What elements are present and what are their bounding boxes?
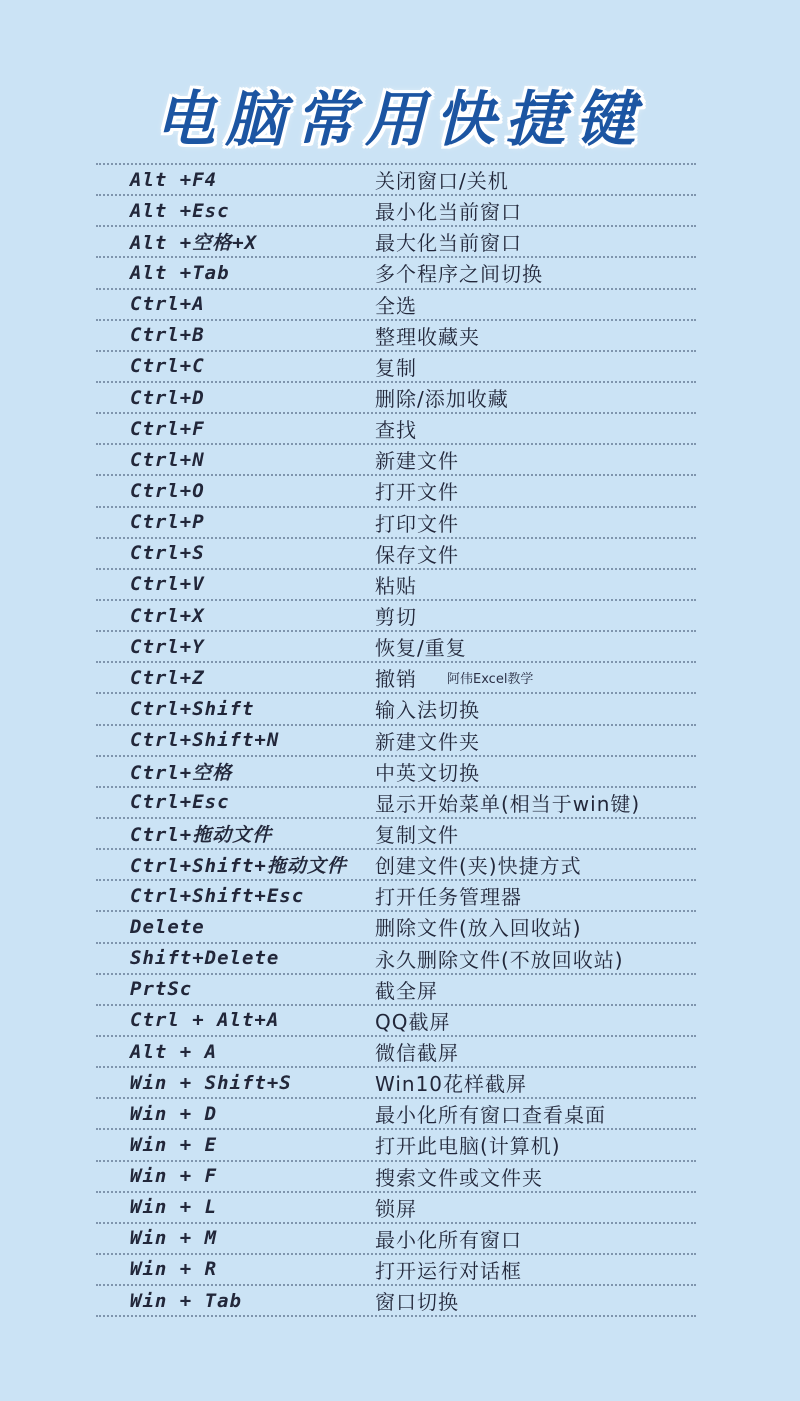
shortcut-description: 永久删除文件(不放回收站): [375, 944, 624, 973]
shortcut-keys: Ctrl+C: [130, 355, 375, 377]
shortcut-description: 查找: [375, 414, 417, 443]
shortcut-description: 中英文切换: [375, 757, 480, 786]
shortcut-keys: Ctrl+Shift+N: [130, 729, 375, 751]
shortcut-row: Ctrl+B 整理收藏夹: [96, 321, 696, 352]
shortcut-row: Ctrl+拖动文件 复制文件: [96, 819, 696, 850]
shortcut-description: 创建文件(夹)快捷方式: [375, 850, 582, 879]
shortcut-keys: Alt +F4: [130, 169, 375, 191]
shortcut-row: Win + D 最小化所有窗口查看桌面: [96, 1099, 696, 1130]
shortcut-description: 恢复/重复: [375, 632, 467, 661]
shortcut-description: 关闭窗口/关机: [375, 165, 509, 194]
shortcut-description: 保存文件: [375, 539, 459, 568]
shortcut-row: Ctrl+Shift+拖动文件 创建文件(夹)快捷方式: [96, 850, 696, 881]
shortcut-description: 打开运行对话框: [375, 1255, 522, 1284]
shortcut-keys: Ctrl+Shift+Esc: [130, 885, 375, 907]
shortcut-description: 复制: [375, 352, 417, 381]
shortcut-row: Ctrl+X 剪切: [96, 601, 696, 632]
shortcut-keys: Ctrl+B: [130, 324, 375, 346]
shortcut-row: Alt +Esc 最小化当前窗口: [96, 196, 696, 227]
shortcut-description: 撤销: [375, 663, 417, 692]
shortcut-row: Shift+Delete 永久删除文件(不放回收站): [96, 944, 696, 975]
shortcut-description: 多个程序之间切换: [375, 258, 543, 287]
shortcut-description: 打开任务管理器: [375, 881, 522, 910]
shortcut-keys: Win + Shift+S: [130, 1072, 375, 1094]
shortcut-keys: Ctrl+D: [130, 387, 375, 409]
shortcut-row: Ctrl+Esc 显示开始菜单(相当于win键): [96, 788, 696, 819]
shortcut-keys: Ctrl+A: [130, 293, 375, 315]
shortcut-keys: Win + D: [130, 1103, 375, 1125]
shortcut-description: 截全屏: [375, 975, 438, 1004]
shortcut-description: 搜索文件或文件夹: [375, 1162, 543, 1191]
shortcut-description: 粘贴: [375, 570, 417, 599]
shortcut-row: Win + E 打开此电脑(计算机): [96, 1130, 696, 1161]
shortcut-keys: Ctrl+Shift: [130, 698, 375, 720]
shortcut-keys: Alt +Tab: [130, 262, 375, 284]
shortcut-description: 剪切: [375, 601, 417, 630]
shortcut-row: Ctrl+空格 中英文切换: [96, 757, 696, 788]
shortcut-description: 输入法切换: [375, 694, 480, 723]
shortcut-keys: PrtSc: [130, 978, 375, 1000]
shortcut-keys: Alt +Esc: [130, 200, 375, 222]
shortcut-description: 全选: [375, 290, 417, 319]
shortcut-row: Ctrl+Shift+Esc 打开任务管理器: [96, 881, 696, 912]
watermark-text: 阿伟Excel教学: [447, 668, 533, 687]
shortcut-row: Alt +F4 关闭窗口/关机: [96, 165, 696, 196]
shortcut-row: Ctrl+O 打开文件: [96, 476, 696, 507]
shortcut-keys: Shift+Delete: [130, 947, 375, 969]
shortcut-row: Win + M 最小化所有窗口: [96, 1224, 696, 1255]
shortcut-description: 新建文件夹: [375, 726, 480, 755]
shortcut-keys: Ctrl+V: [130, 573, 375, 595]
shortcut-keys: Delete: [130, 916, 375, 938]
shortcut-description: 最小化所有窗口: [375, 1224, 522, 1253]
shortcut-description: 打开文件: [375, 476, 459, 505]
shortcut-description: QQ截屏: [375, 1006, 450, 1035]
shortcut-keys: Ctrl+N: [130, 449, 375, 471]
shortcut-keys: Win + M: [130, 1227, 375, 1249]
page-title: 电脑常用快捷键: [0, 72, 800, 158]
shortcut-description: 窗口切换: [375, 1286, 459, 1315]
shortcut-keys: Alt +空格+X: [130, 228, 375, 255]
shortcut-keys: Win + Tab: [130, 1290, 375, 1312]
shortcut-description: Win10花样截屏: [375, 1068, 527, 1097]
shortcut-description: 最小化当前窗口: [375, 196, 522, 225]
shortcut-description: 最小化所有窗口查看桌面: [375, 1099, 606, 1128]
shortcut-keys: Ctrl+P: [130, 511, 375, 533]
shortcut-row: Ctrl + Alt+A QQ截屏: [96, 1006, 696, 1037]
shortcut-description: 打开此电脑(计算机): [375, 1130, 561, 1159]
shortcut-keys: Win + F: [130, 1165, 375, 1187]
shortcut-row: Ctrl+S 保存文件: [96, 539, 696, 570]
shortcut-row: Ctrl+Z 撤销 阿伟Excel教学: [96, 663, 696, 694]
shortcut-row: Ctrl+D 删除/添加收藏: [96, 383, 696, 414]
shortcut-description: 复制文件: [375, 819, 459, 848]
shortcut-row: Ctrl+Y 恢复/重复: [96, 632, 696, 663]
shortcut-keys: Win + R: [130, 1258, 375, 1280]
shortcut-keys: Ctrl+S: [130, 542, 375, 564]
shortcut-row: Ctrl+N 新建文件: [96, 445, 696, 476]
shortcut-row: Win + Tab 窗口切换: [96, 1286, 696, 1317]
shortcut-row: Alt + A 微信截屏: [96, 1037, 696, 1068]
shortcut-description: 删除文件(放入回收站): [375, 912, 582, 941]
shortcut-row: Win + Shift+S Win10花样截屏: [96, 1068, 696, 1099]
shortcut-description: 显示开始菜单(相当于win键): [375, 788, 640, 817]
shortcut-keys: Alt + A: [130, 1041, 375, 1063]
shortcut-keys: Ctrl+Z: [130, 667, 375, 689]
shortcut-row: Ctrl+C 复制: [96, 352, 696, 383]
shortcut-row: Ctrl+V 粘贴: [96, 570, 696, 601]
shortcut-row: PrtSc 截全屏: [96, 975, 696, 1006]
shortcut-keys: Ctrl+X: [130, 605, 375, 627]
shortcut-description: 最大化当前窗口: [375, 227, 522, 256]
shortcut-description: 整理收藏夹: [375, 321, 480, 350]
shortcut-row: Win + L 锁屏: [96, 1193, 696, 1224]
shortcut-keys: Ctrl+空格: [130, 758, 375, 785]
shortcut-description: 删除/添加收藏: [375, 383, 509, 412]
shortcut-row: Alt +空格+X 最大化当前窗口: [96, 227, 696, 258]
shortcut-keys: Ctrl+F: [130, 418, 375, 440]
shortcut-poster: 电脑常用快捷键 Alt +F4 关闭窗口/关机 Alt +Esc 最小化当前窗口…: [0, 0, 800, 1401]
shortcut-row: Ctrl+F 查找: [96, 414, 696, 445]
shortcut-row: Ctrl+P 打印文件: [96, 508, 696, 539]
shortcut-row: Win + F 搜索文件或文件夹: [96, 1162, 696, 1193]
shortcut-keys: Win + E: [130, 1134, 375, 1156]
shortcut-row: Ctrl+Shift 输入法切换: [96, 694, 696, 725]
shortcut-row: Alt +Tab 多个程序之间切换: [96, 258, 696, 289]
shortcut-keys: Ctrl + Alt+A: [130, 1009, 375, 1031]
shortcut-list: Alt +F4 关闭窗口/关机 Alt +Esc 最小化当前窗口 Alt +空格…: [96, 163, 696, 1317]
shortcut-description: 微信截屏: [375, 1037, 459, 1066]
shortcut-keys: Win + L: [130, 1196, 375, 1218]
shortcut-row: Ctrl+Shift+N 新建文件夹: [96, 726, 696, 757]
shortcut-row: Ctrl+A 全选: [96, 290, 696, 321]
shortcut-row: Delete 删除文件(放入回收站): [96, 912, 696, 943]
shortcut-description: 新建文件: [375, 445, 459, 474]
shortcut-keys: Ctrl+Shift+拖动文件: [130, 851, 375, 878]
shortcut-keys: Ctrl+拖动文件: [130, 820, 375, 847]
shortcut-description: 锁屏: [375, 1193, 417, 1222]
shortcut-keys: Ctrl+O: [130, 480, 375, 502]
shortcut-keys: Ctrl+Esc: [130, 791, 375, 813]
shortcut-keys: Ctrl+Y: [130, 636, 375, 658]
shortcut-row: Win + R 打开运行对话框: [96, 1255, 696, 1286]
shortcut-description: 打印文件: [375, 508, 459, 537]
